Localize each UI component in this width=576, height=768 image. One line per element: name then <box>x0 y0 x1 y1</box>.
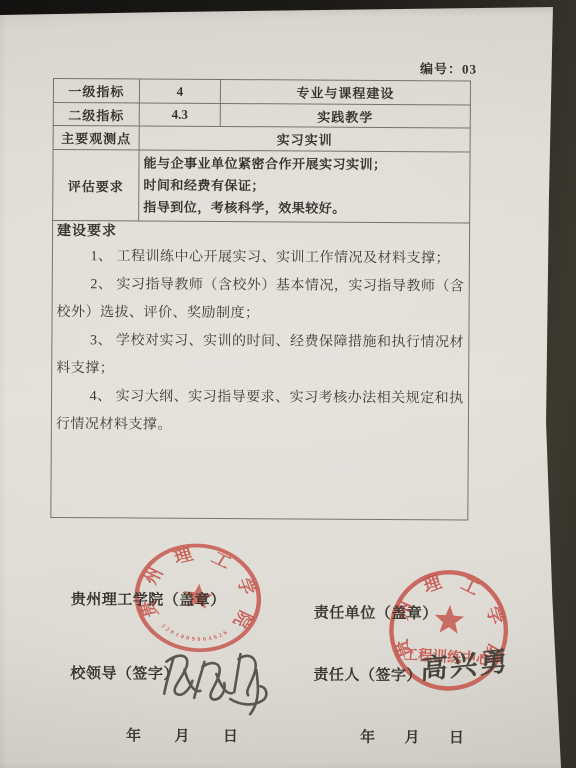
svg-text:1: 1 <box>174 632 180 638</box>
svg-text:0: 0 <box>169 630 175 636</box>
svg-text:6: 6 <box>213 635 218 641</box>
leader-signature-scribble <box>159 642 271 725</box>
date-day-label: 日 <box>449 726 464 747</box>
cell-eval-content: 能与企事业单位紧密合作开展实习实训； 时间和经费有保证； 指导到位，考核科学，效… <box>139 150 470 223</box>
ref-number: 编号：03 <box>420 58 477 77</box>
svg-text:理: 理 <box>171 545 196 567</box>
construction-title: 建设要求 <box>57 221 465 245</box>
construction-item: 3、 学校对实习、实训的时间、经费保障措施和执行情况材料支撑； <box>56 327 464 385</box>
svg-text:学: 学 <box>233 576 259 597</box>
cell-observation-value: 实习实训 <box>139 126 470 152</box>
eval-line: 指导到位，考核科学，效果较好。 <box>143 197 465 221</box>
school-stamp-label: 贵州理工学院（盖章） <box>71 588 226 610</box>
date-year-label: 年 <box>126 724 141 745</box>
date-year-label: 年 <box>360 726 375 747</box>
cell-level1-value: 专业与课程建设 <box>220 79 470 105</box>
svg-text:6: 6 <box>223 630 229 636</box>
photo-backdrop: 编号：03 一级指标 4 专业与课程建设 二级指标 4.3 实践教学 主要观测点… <box>0 0 576 768</box>
unit-stamp-label: 责任单位（盖章） <box>314 602 438 624</box>
table-row-construction: 建设要求 1、 工程训练中心开展实习、实训工作情况及材料支撑； 2、 实习指导教… <box>51 220 470 520</box>
cell-level1-label: 一级指标 <box>53 78 139 103</box>
svg-text:0: 0 <box>179 634 184 640</box>
table-row-level1: 一级指标 4 专业与课程建设 <box>53 78 470 105</box>
cell-level2-label: 二级指标 <box>53 102 139 126</box>
date-day-label: 日 <box>223 725 238 746</box>
table-row-eval: 评估要求 能与企事业单位紧密合作开展实习实训； 时间和经费有保证； 指导到位，考… <box>53 149 470 223</box>
table-row-observation: 主要观测点 实习实训 <box>53 125 470 152</box>
svg-text:工: 工 <box>208 548 235 572</box>
svg-text:工: 工 <box>458 573 483 599</box>
cell-construction: 建设要求 1、 工程训练中心开展实习、实训工作情况及材料支撑； 2、 实习指导教… <box>51 220 470 520</box>
date-month-label: 月 <box>404 726 419 747</box>
cell-level2-code: 4.3 <box>139 103 220 126</box>
responsible-sign-label: 责任人（签字） <box>313 664 422 686</box>
svg-text:州: 州 <box>139 564 167 587</box>
construction-item: 1、 工程训练中心开展实习、实训工作情况及材料支撑； <box>57 243 465 273</box>
cell-observation-label: 主要观测点 <box>53 125 139 150</box>
cell-eval-label: 评估要求 <box>53 149 139 221</box>
table-row-level2: 二级指标 4.3 实践教学 <box>53 102 470 128</box>
date-row-right: 年 月 日 <box>360 726 464 748</box>
date-month-label: 月 <box>174 725 189 746</box>
eval-line: 时间和经费有保证； <box>143 175 465 199</box>
document-content: 编号：03 一级指标 4 专业与课程建设 二级指标 4.3 实践教学 主要观测点… <box>0 0 576 768</box>
eval-line: 能与企事业单位紧密合作开展实习实训； <box>143 153 465 177</box>
cell-level1-code: 4 <box>139 79 220 103</box>
indicator-table: 一级指标 4 专业与课程建设 二级指标 4.3 实践教学 主要观测点 实习实训 … <box>50 78 471 521</box>
construction-item: 4、 实习大纲、实习指导要求、实习考核办法相关规定和执行情况材料支撑。 <box>56 383 464 441</box>
construction-item: 2、 实习指导教师（含校外）基本情况，实习指导教师（含校外）选拔、评价、奖励制度… <box>56 271 464 329</box>
cell-level2-value: 实践教学 <box>220 103 470 128</box>
date-row-left: 年 月 日 <box>126 724 238 746</box>
svg-text:院: 院 <box>229 608 257 631</box>
